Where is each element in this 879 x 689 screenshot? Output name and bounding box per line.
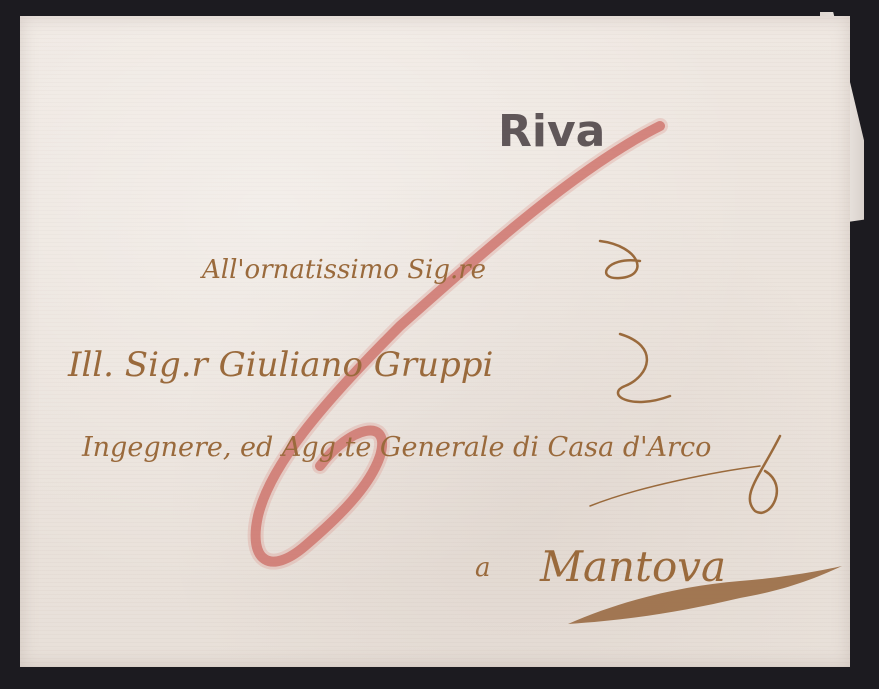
address-line-4: a (475, 553, 491, 583)
photo-stage: Riva All'ornatissimo Sig.re Ill. Sig.r G… (0, 0, 879, 689)
postmark-riva: Riva (498, 106, 605, 157)
address-line-3: Ingegnere, ed Agg.te Generale di Casa d'… (81, 432, 711, 463)
letter-sheet: Riva All'ornatissimo Sig.re Ill. Sig.r G… (20, 16, 850, 667)
address-line-5: Mantova (539, 542, 726, 591)
address-line-1: All'ornatissimo Sig.re (200, 255, 486, 285)
address-line-2: Ill. Sig.r Giuliano Gruppi (67, 345, 493, 385)
pen-flourishes (590, 241, 780, 513)
rate-marking-six (256, 126, 660, 562)
